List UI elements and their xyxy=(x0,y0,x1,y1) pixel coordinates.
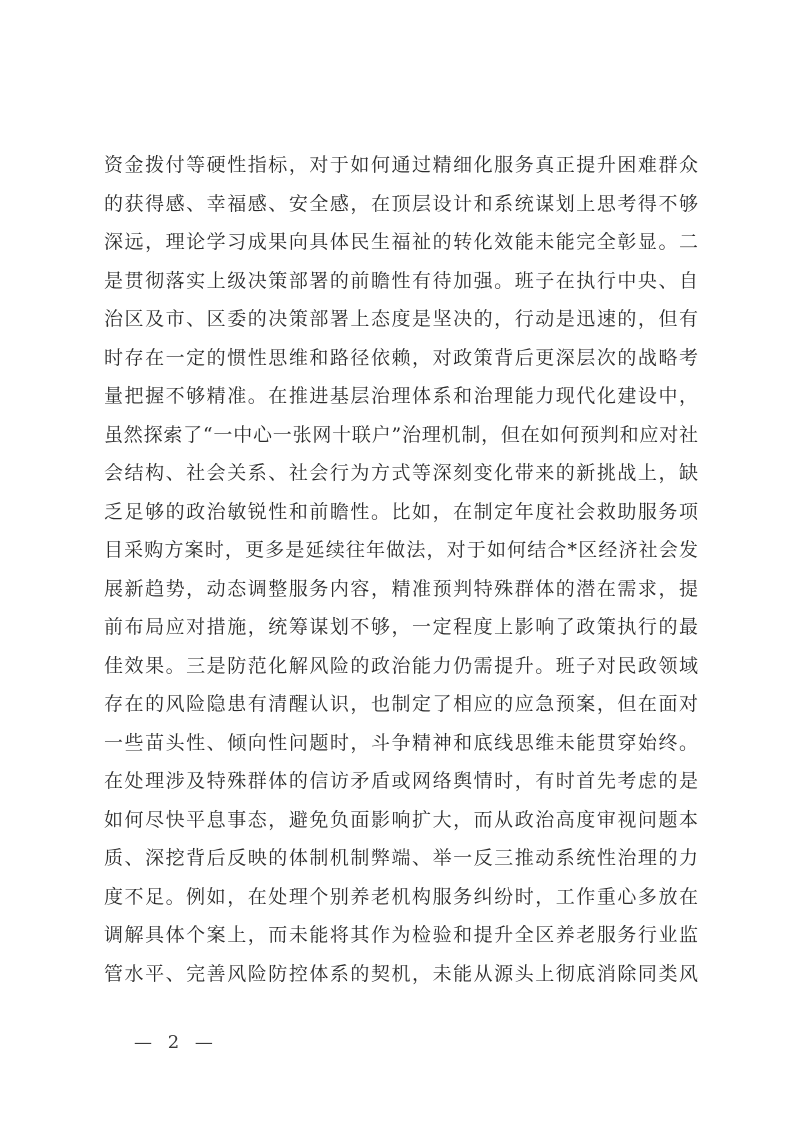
body-paragraph: 资金拨付等硬性指标，对于如何通过精细化服务真正提升困难群众的获得感、幸福感、安全… xyxy=(104,146,698,993)
text-line: 的获得感、幸福感、安全感，在顶层设计和系统谋划上思考得不够 xyxy=(104,185,698,224)
text-line: 展新趋势，动态调整服务内容，精准预判特殊群体的潜在需求，提 xyxy=(104,570,698,609)
text-line: 质、深挖背后反映的体制机制弊端、举一反三推动系统性治理的力 xyxy=(104,839,698,878)
text-line: 乏足够的政治敏锐性和前瞻性。比如，在制定年度社会救助服务项 xyxy=(104,493,698,532)
text-line: 佳效果。三是防范化解风险的政治能力仍需提升。班子对民政领域 xyxy=(104,647,698,686)
text-line: 治区及市、区委的决策部署上态度是坚决的，行动是迅速的，但有 xyxy=(104,300,698,339)
text-line: 虽然探索了“一中心一张网十联户”治理机制，但在如何预判和应对社 xyxy=(104,416,698,455)
text-line: 量把握不够精准。在推进基层治理体系和治理能力现代化建设中， xyxy=(104,377,698,416)
text-line: 深远，理论学习成果向具体民生福祉的转化效能未能完全彰显。二 xyxy=(104,223,698,262)
text-line: 存在的风险隐患有清醒认识，也制定了相应的应急预案，但在面对 xyxy=(104,685,698,724)
text-line: 在处理涉及特殊群体的信访矛盾或网络舆情时，有时首先考虑的是 xyxy=(104,762,698,801)
document-page: 资金拨付等硬性指标，对于如何通过精细化服务真正提升困难群众的获得感、幸福感、安全… xyxy=(0,0,793,1122)
text-line: 一些苗头性、倾向性问题时，斗争精神和底线思维未能贯穿始终。 xyxy=(104,724,698,763)
text-line: 时存在一定的惯性思维和路径依赖，对政策背后更深层次的战略考 xyxy=(104,339,698,378)
text-line: 会结构、社会关系、社会行为方式等深刻变化带来的新挑战上，缺 xyxy=(104,454,698,493)
text-line: 资金拨付等硬性指标，对于如何通过精细化服务真正提升困难群众 xyxy=(104,146,698,185)
text-line: 调解具体个案上，而未能将其作为检验和提升全区养老服务行业监 xyxy=(104,916,698,955)
text-line: 前布局应对措施，统筹谋划不够，一定程度上影响了政策执行的最 xyxy=(104,608,698,647)
text-line: 是贯彻落实上级决策部署的前瞻性有待加强。班子在执行中央、自 xyxy=(104,262,698,301)
text-line: 目采购方案时，更多是延续往年做法，对于如何结合*区经济社会发 xyxy=(104,531,698,570)
page-number-text: — 2 — xyxy=(134,1032,214,1053)
page-number: — 2 — xyxy=(134,1031,214,1055)
text-line: 如何尽快平息事态，避免负面影响扩大，而从政治高度审视问题本 xyxy=(104,801,698,840)
text-line: 管水平、完善风险防控体系的契机，未能从源头上彻底消除同类风 xyxy=(104,955,698,994)
text-line: 度不足。例如，在处理个别养老机构服务纠纷时，工作重心多放在 xyxy=(104,878,698,917)
